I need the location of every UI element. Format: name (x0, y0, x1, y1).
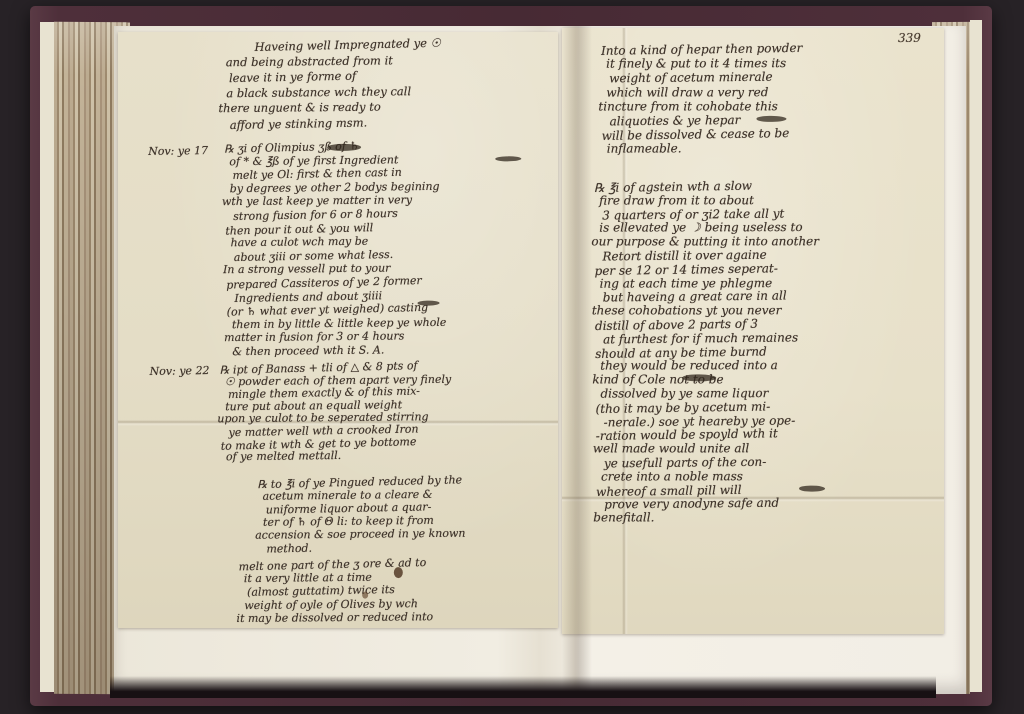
handwritten-line: afford ye stinking msm. (230, 113, 451, 133)
paragraph: melt one part of the ʒ ore & ad toit a v… (242, 556, 440, 625)
margin-date-note: Nov: ye 17 (148, 144, 208, 158)
paragraph: Into a kind of hepar then powderit finel… (604, 42, 806, 157)
paragraph: ℞ ʒi of Olimpius ʒß of ♄of * & ℥ß of ye … (227, 138, 445, 359)
handwritten-line: method. (266, 538, 476, 555)
page-bottom-shadow (110, 676, 936, 698)
page-number: 339 (898, 31, 921, 45)
handwritten-line: & then proceed wth it S. A. (232, 343, 447, 359)
handwritten-line: our purpose & putting it into another (591, 235, 819, 249)
ink-deletion-mark (799, 486, 825, 492)
margin-date-note: Nov: ye 22 (150, 364, 210, 378)
handwritten-line: it may be dissolved or reduced into (236, 610, 433, 625)
left-manuscript-leaf: Nov: ye 17 Nov: ye 22 Haveing well Impre… (118, 32, 558, 628)
album-spread: Nov: ye 17 Nov: ye 22 Haveing well Impre… (114, 26, 966, 694)
endpaper-left (40, 22, 54, 692)
paragraph: ℞ ipt of Banass + tli of △ & 8 pts of☉ p… (223, 360, 451, 464)
left-page-text: Nov: ye 17 Nov: ye 22 Haveing well Impre… (113, 29, 562, 632)
ink-blot-stain (394, 567, 403, 578)
manuscript-book: Nov: ye 17 Nov: ye 22 Haveing well Impre… (30, 6, 992, 706)
ink-blot-stain (362, 592, 368, 599)
handwritten-line: benefitall. (593, 511, 821, 525)
endpaper-right (970, 20, 982, 692)
right-page-text: 339 Into a kind of hepar then powderit f… (560, 27, 946, 636)
handwritten-line: crete into a noble mass (601, 470, 829, 484)
right-manuscript-leaf: 339 Into a kind of hepar then powderit f… (562, 28, 944, 634)
paragraph: Haveing well Impregnated ye ☉and being a… (223, 36, 445, 132)
handwritten-line: inflameable. (607, 141, 808, 156)
handwritten-line: of ye melted mettall. (226, 449, 453, 464)
handwritten-line: tincture from it cohobate this (598, 99, 799, 113)
handwritten-line: weight of acetum minerale (609, 70, 810, 86)
handwritten-line: well made would unite all (593, 442, 821, 456)
paragraph: ℞ ℥i of agstein wth a slowfire draw from… (597, 179, 827, 526)
book-gutter-shadow (562, 26, 592, 694)
ink-deletion-mark (495, 156, 521, 161)
handwritten-line: which will draw a very red (606, 85, 807, 100)
paragraph: ℞ to ℥i of ye Pingued reduced by theacet… (260, 474, 471, 555)
handwritten-line: fire draw from it to about (599, 194, 827, 208)
